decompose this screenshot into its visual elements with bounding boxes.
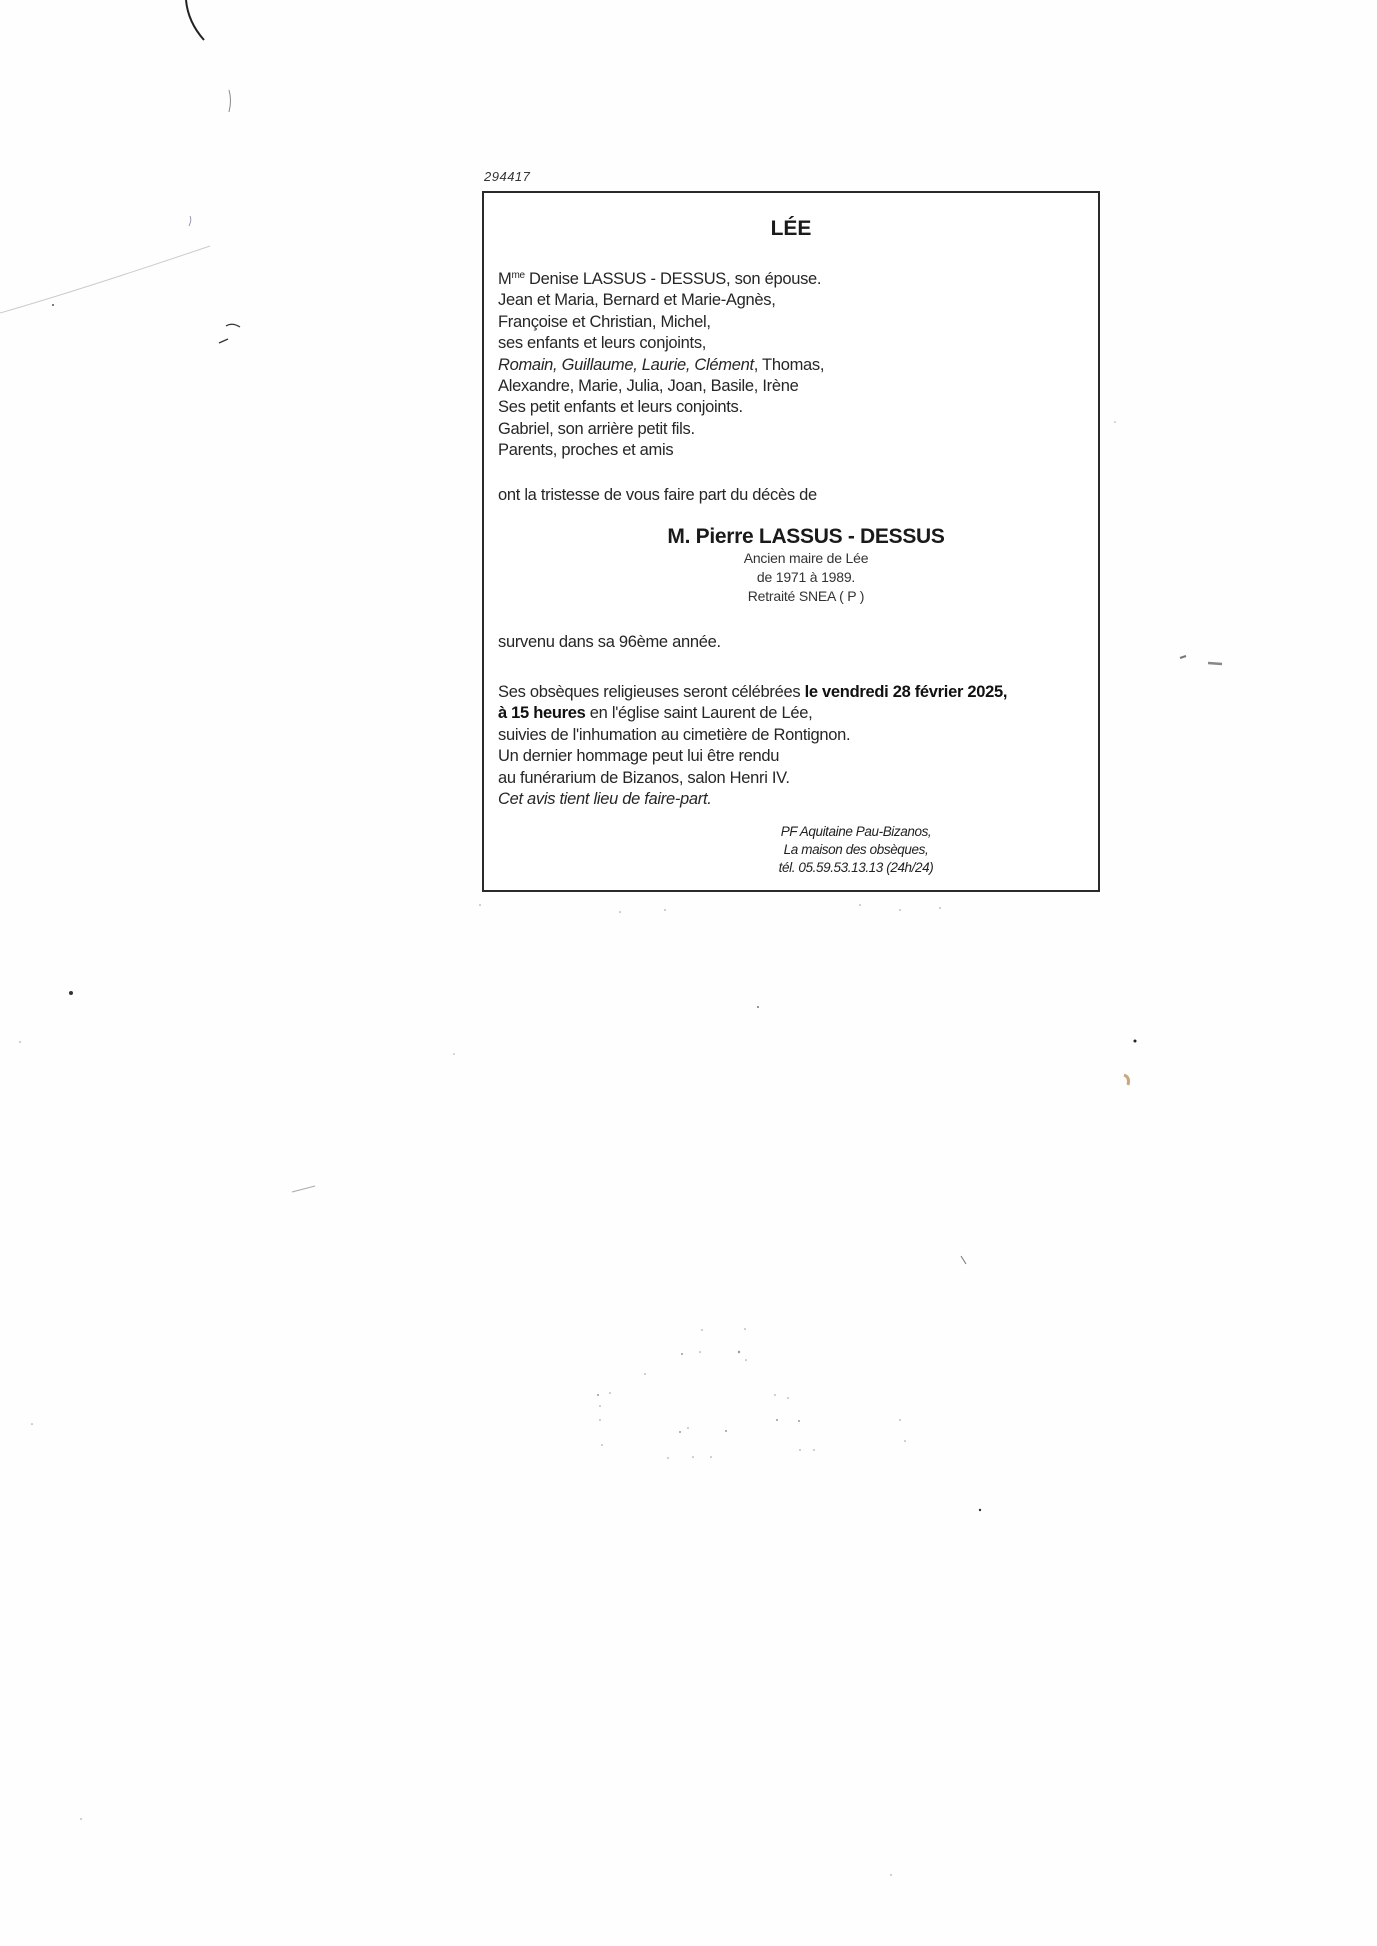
family-line: ses enfants et leurs conjoints, xyxy=(498,333,824,354)
ceremony-line: à 15 heures en l'église saint Laurent de… xyxy=(498,703,1007,724)
announcement-text: ont la tristesse de vous faire part du d… xyxy=(498,486,817,505)
family-line: Françoise et Christian, Michel, xyxy=(498,312,824,333)
family-line: Parents, proches et amis xyxy=(498,440,824,461)
family-list: Mme Denise LASSUS - DESSUS, son épouse. … xyxy=(498,265,824,462)
scanned-page: 294417 LÉE Mme Denise LASSUS - DESSUS, s… xyxy=(0,0,1377,1946)
family-line: Gabriel, son arrière petit fils. xyxy=(498,419,824,440)
ceremony-time: à 15 heures xyxy=(498,704,586,722)
family-line: Jean et Maria, Bernard et Marie-Agnès, xyxy=(498,290,824,311)
ceremony-text: Ses obsèques religieuses seront célébrée… xyxy=(498,683,805,701)
deceased-block: M. Pierre LASSUS - DESSUS Ancien maire d… xyxy=(484,525,1098,606)
ceremony-location: en l'église saint Laurent de Lée, xyxy=(586,704,813,722)
spouse-line: Mme Denise LASSUS - DESSUS, son épouse. xyxy=(498,265,824,290)
title-superscript: me xyxy=(511,270,524,281)
funeral-home-tagline: La maison des obsèques, xyxy=(614,841,1098,859)
ceremony-line: au funérarium de Bizanos, salon Henri IV… xyxy=(498,768,1007,789)
reference-number: 294417 xyxy=(484,169,530,184)
ceremony-details: Ses obsèques religieuses seront célébrée… xyxy=(498,682,1007,810)
deceased-name: M. Pierre LASSUS - DESSUS xyxy=(514,525,1098,549)
deceased-detail: Retraité SNEA ( P ) xyxy=(514,587,1098,606)
funeral-home-info: PF Aquitaine Pau-Bizanos, La maison des … xyxy=(484,823,1098,877)
deceased-detail: de 1971 à 1989. xyxy=(514,568,1098,587)
grandchildren-names-italic: Romain, Guillaume, Laurie, Clément xyxy=(498,356,754,374)
family-line: Alexandre, Marie, Julia, Joan, Basile, I… xyxy=(498,376,824,397)
ceremony-line: suivies de l'inhumation au cimetière de … xyxy=(498,725,1007,746)
funeral-home-name: PF Aquitaine Pau-Bizanos, xyxy=(614,823,1098,841)
ceremony-date: le vendredi 28 février 2025, xyxy=(805,683,1008,701)
funeral-home-phone: tél. 05.59.53.13.13 (24h/24) xyxy=(614,859,1098,877)
family-line: Ses petit enfants et leurs conjoints. xyxy=(498,397,824,418)
notice-title: LÉE xyxy=(484,217,1098,241)
ceremony-line: Un dernier hommage peut lui être rendu xyxy=(498,746,1007,767)
obituary-notice: LÉE Mme Denise LASSUS - DESSUS, son épou… xyxy=(482,191,1100,892)
closing-note: Cet avis tient lieu de faire-part. xyxy=(498,789,1007,810)
grandchildren-names-tail: , Thomas, xyxy=(754,356,824,374)
grandchildren-line: Romain, Guillaume, Laurie, Clément, Thom… xyxy=(498,355,824,376)
ceremony-line: Ses obsèques religieuses seront célébrée… xyxy=(498,682,1007,703)
age-line: survenu dans sa 96ème année. xyxy=(498,633,721,652)
spouse-name: Denise LASSUS - DESSUS, son épouse. xyxy=(525,270,821,288)
title-prefix: M xyxy=(498,270,511,288)
deceased-detail: Ancien maire de Lée xyxy=(514,549,1098,568)
